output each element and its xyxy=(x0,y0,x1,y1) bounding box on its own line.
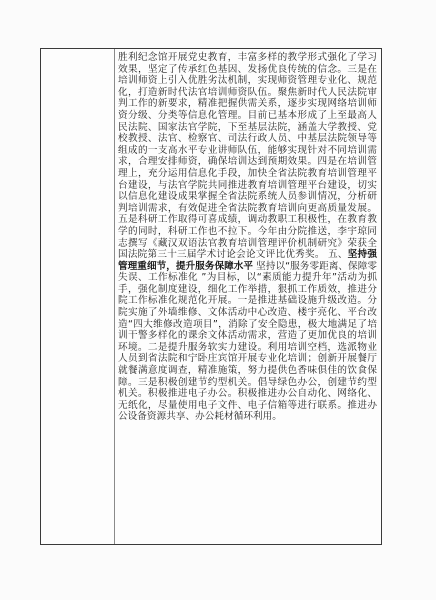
paragraph-text-part2: 坚持以“服务零距离、保障零失误、工作标准化 ”为目标，以“素质能力提升年”活动为… xyxy=(118,261,377,423)
content-table: 胜利纪念馆开展党史教育，丰富多样的教学形式强化了学习效果，坚定了传承红色基因、发… xyxy=(40,48,382,545)
body-paragraph: 胜利纪念馆开展党史教育，丰富多样的教学形式强化了学习效果，坚定了传承红色基因、发… xyxy=(118,52,377,423)
table-content-cell: 胜利纪念馆开展党史教育，丰富多样的教学形式强化了学习效果，坚定了传承红色基因、发… xyxy=(115,49,381,544)
table-label-cell xyxy=(41,49,115,544)
paragraph-text-part1: 胜利纪念馆开展党史教育，丰富多样的教学形式强化了学习效果，坚定了传承红色基因、发… xyxy=(118,52,377,260)
